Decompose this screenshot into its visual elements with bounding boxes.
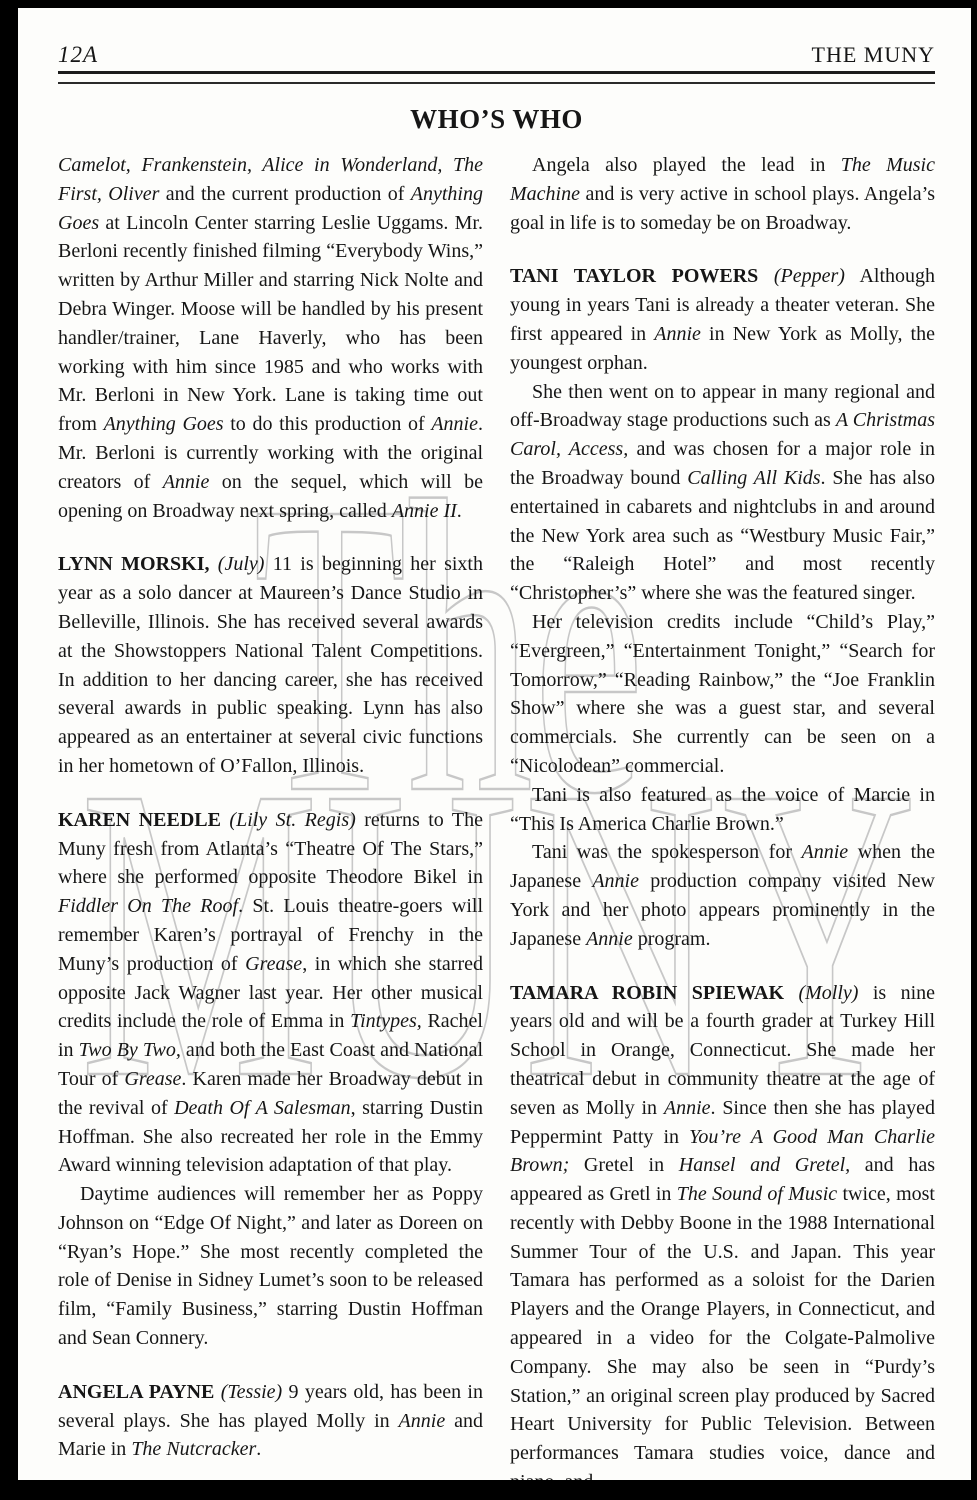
body-paragraph: Angela also played the lead in The Music… — [510, 151, 935, 237]
text-run: Annie — [586, 928, 633, 950]
bio-paragraph: TANI TAYLOR POWERS (Pepper) Although you… — [510, 262, 935, 377]
text-run: TAMARA ROBIN SPIEWAK — [510, 982, 784, 1004]
text-run: Angela also played the lead in — [532, 154, 841, 176]
text-run: . — [256, 1438, 261, 1460]
text-run — [209, 553, 217, 575]
text-run: Death Of A Salesman — [174, 1097, 351, 1119]
text-run: Two By Two, — [79, 1039, 181, 1061]
column-right: Angela also played the lead in The Music… — [510, 151, 935, 1480]
text-run: Annie — [592, 870, 639, 892]
text-run: The Sound of Music — [677, 1183, 837, 1205]
text-run: Annie — [163, 471, 210, 493]
text-run: Grease — [124, 1068, 181, 1090]
text-run: KAREN NEEDLE — [58, 809, 221, 831]
body-paragraph: She then went on to appear in many regio… — [510, 378, 935, 608]
header-rule-thin — [58, 82, 935, 84]
text-run: Anything Goes — [104, 413, 224, 435]
page-title: WHO’S WHO — [58, 104, 935, 135]
text-run: Daytime audiences will remember her as P… — [58, 1183, 483, 1349]
text-run: to do this production of — [224, 413, 432, 435]
text-run: Tani was the spokesperson for — [532, 841, 802, 863]
text-run: twice, most recently with Debby Boone in… — [510, 1183, 935, 1480]
text-run: TANI TAYLOR POWERS — [510, 265, 758, 287]
text-run: Gretel in — [569, 1154, 679, 1176]
text-run: Calling All Kids — [687, 467, 820, 489]
body-paragraph: Tani is also featured as the voice of Ma… — [510, 781, 935, 839]
text-run: at Lincoln Center starring Leslie Uggams… — [58, 212, 483, 436]
body-paragraph: Camelot, Frankenstein, Alice in Wonderla… — [58, 151, 483, 525]
bio-paragraph: LYNN MORSKI, (July) 11 is beginning her … — [58, 550, 483, 780]
bio-paragraph: ANGELA PAYNE (Tessie) 9 years old, has b… — [58, 1378, 483, 1464]
text-run: (Molly) — [798, 982, 858, 1004]
text-run: Annie II — [392, 500, 457, 522]
text-run: (Tessie) — [221, 1381, 282, 1403]
text-run: Annie — [431, 413, 478, 435]
text-run: program. — [633, 928, 711, 950]
column-left: Camelot, Frankenstein, Alice in Wonderla… — [58, 151, 483, 1480]
text-run: Hansel and Gretel, — [679, 1154, 850, 1176]
publication-title: THE MUNY — [812, 42, 936, 68]
text-run: Her television credits include “Child’s … — [510, 611, 935, 777]
text-run: (Lily St. Regis) — [229, 809, 355, 831]
text-run: Annie — [399, 1410, 446, 1432]
text-run: (Pepper) — [774, 265, 845, 287]
text-run: Annie — [654, 323, 701, 345]
body-paragraph: Her television credits include “Child’s … — [510, 608, 935, 781]
text-run: . — [457, 500, 462, 522]
text-run: The Nutcracker — [131, 1438, 256, 1460]
text-run: Grease — [245, 953, 302, 975]
text-run: Annie — [664, 1097, 711, 1119]
text-run: and the current production of — [159, 183, 410, 205]
text-run: Fiddler On The Roof — [58, 895, 238, 917]
bio-paragraph: KAREN NEEDLE (Lily St. Regis) returns to… — [58, 806, 483, 1180]
bio-paragraph: TAMARA ROBIN SPIEWAK (Molly) is nine yea… — [510, 979, 935, 1480]
text-run: Tani is also featured as the voice of Ma… — [510, 784, 935, 835]
page-header: 12A THE MUNY — [58, 42, 935, 68]
text-run: LYNN MORSKI, — [58, 553, 209, 575]
text-run: Annie — [802, 841, 849, 863]
text-run — [758, 265, 774, 287]
page-number: 12A — [58, 42, 98, 68]
text-run — [784, 982, 798, 1004]
text-run: 11 is beginning her sixth year as a solo… — [58, 553, 483, 777]
body-paragraph: Tani was the spokesperson for Annie when… — [510, 838, 935, 953]
body-paragraph: Daytime audiences will remember her as P… — [58, 1180, 483, 1353]
header-rule-thick — [58, 71, 935, 74]
two-column-text: Camelot, Frankenstein, Alice in Wonderla… — [58, 151, 935, 1480]
program-page: The MUNY 12A THE MUNY WHO’S WHO Camelot,… — [18, 8, 971, 1480]
text-run: Tintypes, — [350, 1010, 422, 1032]
text-run: (July) — [218, 553, 265, 575]
text-run: ANGELA PAYNE — [58, 1381, 214, 1403]
